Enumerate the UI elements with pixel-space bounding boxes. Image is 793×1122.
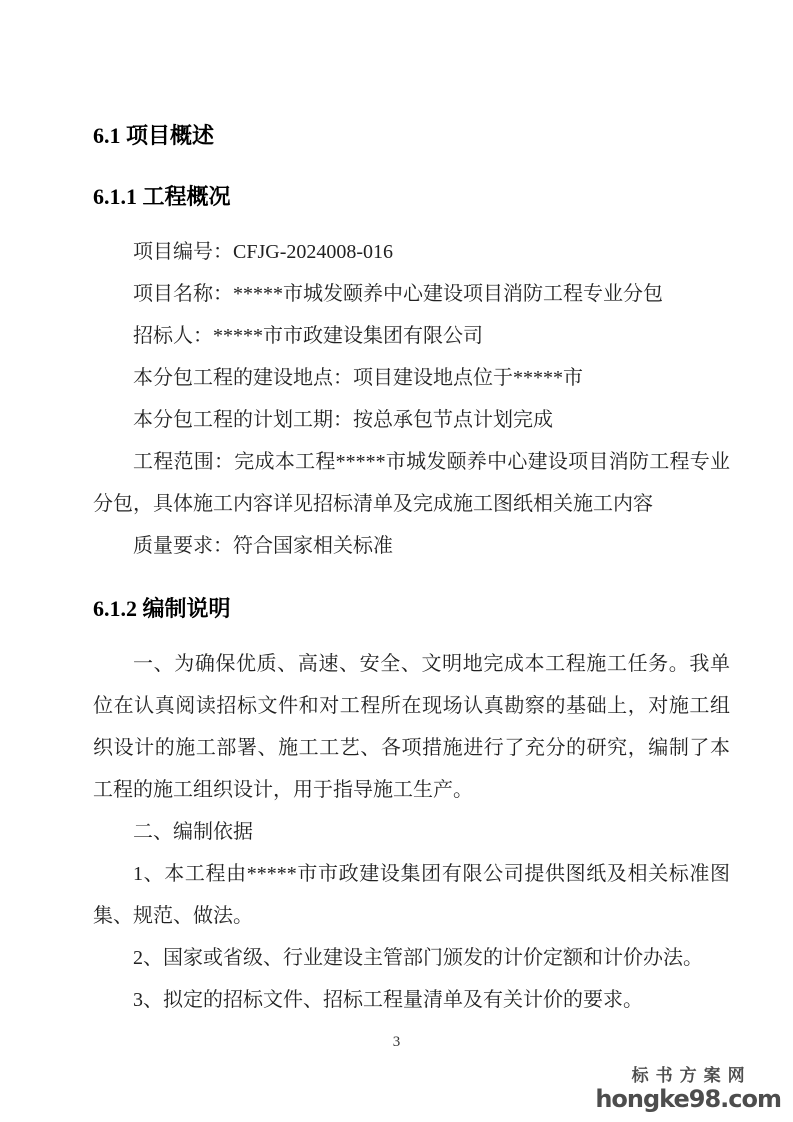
document-content: 6.1 项目概述 6.1.1 工程概况 项目编号：CFJG-2024008-01… bbox=[93, 122, 730, 1021]
paragraph-tenderee: 招标人：*****市市政建设集团有限公司 bbox=[93, 315, 730, 357]
paragraph-planned-duration: 本分包工程的计划工期：按总承包节点计划完成 bbox=[93, 399, 730, 441]
page-footer: 3 bbox=[0, 1033, 793, 1051]
paragraph-basis-item-2: 2、国家或省级、行业建设主管部门颁发的计价定额和计价办法。 bbox=[93, 937, 730, 979]
paragraph-basis-item-1: 1、本工程由*****市市政建设集团有限公司提供图纸及相关标准图集、规范、做法。 bbox=[93, 853, 730, 937]
paragraph-compilation-intro: 一、为确保优质、高速、安全、文明地完成本工程施工任务。我单位在认真阅读招标文件和… bbox=[93, 643, 730, 811]
section-heading-6-1: 6.1 项目概述 bbox=[93, 122, 730, 150]
paragraph-project-name: 项目名称：*****市城发颐养中心建设项目消防工程专业分包 bbox=[93, 273, 730, 315]
paragraph-project-scope: 工程范围：完成本工程*****市城发颐养中心建设项目消防工程专业分包，具体施工内… bbox=[93, 441, 730, 525]
section-heading-6-1-1: 6.1.1 工程概况 bbox=[93, 183, 730, 211]
watermark: 标书方案网 hongke98.com bbox=[595, 1066, 781, 1112]
paragraph-compilation-basis-title: 二、编制依据 bbox=[93, 811, 730, 853]
paragraph-quality-requirement: 质量要求：符合国家相关标准 bbox=[93, 525, 730, 567]
paragraph-project-number: 项目编号：CFJG-2024008-016 bbox=[93, 231, 730, 273]
page-number: 3 bbox=[393, 1034, 401, 1050]
section-heading-6-1-2: 6.1.2 编制说明 bbox=[93, 595, 730, 623]
document-page: 6.1 项目概述 6.1.1 工程概况 项目编号：CFJG-2024008-01… bbox=[0, 0, 793, 1122]
watermark-site-url: hongke98.com bbox=[595, 1086, 781, 1112]
watermark-site-name: 标书方案网 bbox=[595, 1066, 788, 1086]
paragraph-construction-site: 本分包工程的建设地点：项目建设地点位于*****市 bbox=[93, 357, 730, 399]
paragraph-basis-item-3: 3、拟定的招标文件、招标工程量清单及有关计价的要求。 bbox=[93, 979, 730, 1021]
